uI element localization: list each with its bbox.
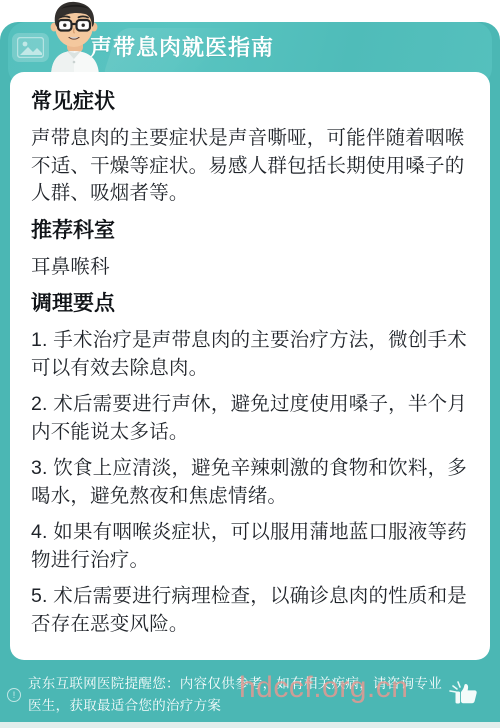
section-heading-symptoms: 常见症状 — [31, 88, 469, 115]
department-text: 耳鼻喉科 — [31, 254, 469, 282]
page-title: 声带息肉就医指南 — [90, 31, 410, 62]
thumbs-up-button[interactable] — [449, 679, 481, 709]
thumbs-up-icon — [449, 679, 481, 709]
disclaimer-text: 京东互联网医院提醒您：内容仅供参考，如有相关疾病，请咨询专业医生，获取最适合您的… — [28, 673, 448, 716]
care-item-4: 4. 如果有咽喉炎症状，可以服用蒲地蓝口服液等药物进行治疗。 — [31, 519, 469, 574]
section-heading-department: 推荐科室 — [31, 217, 469, 244]
care-item-1: 1. 手术治疗是声带息肉的主要治疗方法，微创手术可以有效去除息肉。 — [31, 327, 469, 382]
info-icon: ! — [7, 688, 21, 702]
symptoms-text: 声带息肉的主要症状是声音嘶哑，可能伴随着咽喉不适、干燥等症状。易感人群包括长期使… — [31, 125, 469, 208]
guide-card: 常见症状 声带息肉的主要症状是声音嘶哑，可能伴随着咽喉不适、干燥等症状。易感人群… — [10, 72, 490, 660]
care-item-5: 5. 术后需要进行病理检查，以确诊息肉的性质和是否存在恶变风险。 — [31, 583, 469, 638]
bottom-strip — [0, 722, 500, 728]
care-item-2: 2. 术后需要进行声休，避免过度使用嗓子，半个月内不能说太多话。 — [31, 391, 469, 446]
care-item-3: 3. 饮食上应清淡，避免辛辣刺激的食物和饮料，多喝水，避免熬夜和焦虑情绪。 — [31, 455, 469, 510]
section-heading-care: 调理要点 — [31, 290, 469, 317]
